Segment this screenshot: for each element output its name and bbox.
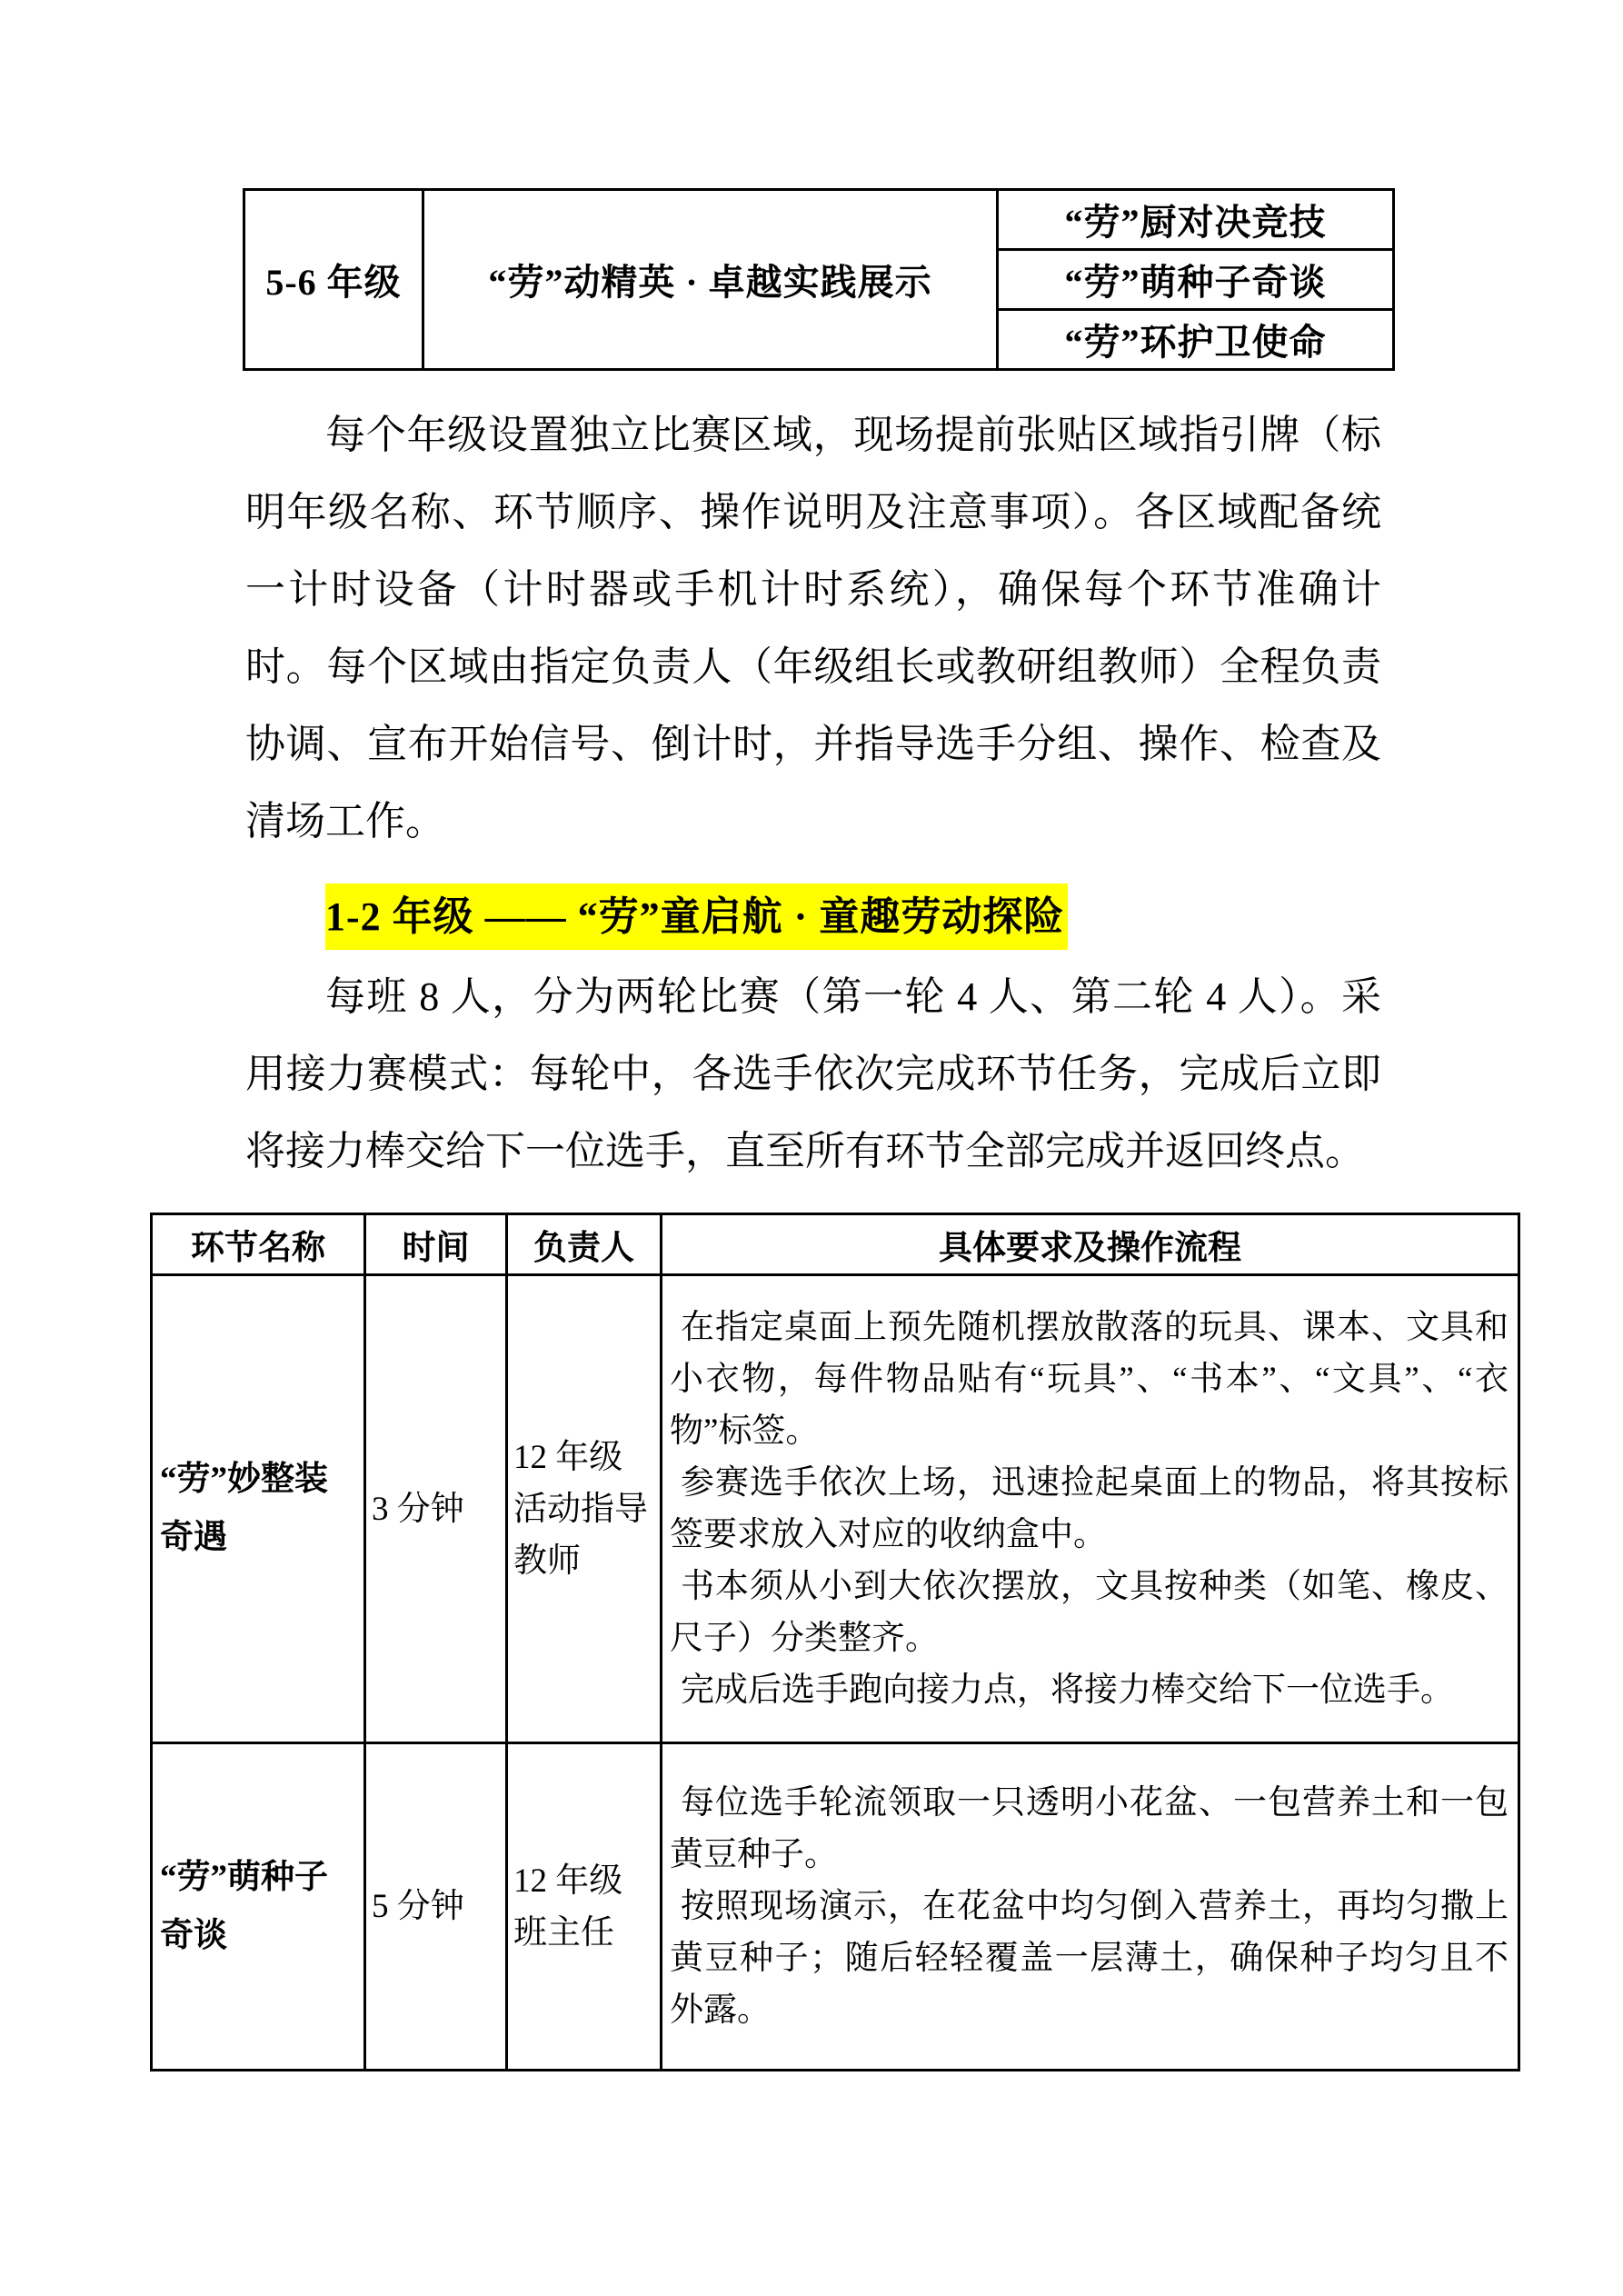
requirements-cell: 在指定桌面上预先随机摆放散落的玩具、课本、文具和小衣物，每件物品贴有“玩具”、“… bbox=[662, 1275, 1519, 1743]
time-cell: 3 分钟 bbox=[365, 1275, 507, 1743]
section-heading-grade-1-2: 1-2 年级 —— “劳”童启航 · 童趣劳动探险 bbox=[245, 876, 1381, 958]
document-page: 5-6 年级 “劳”动精英 · 卓越实践展示 “劳”厨对决竞技 “劳”萌种子奇谈… bbox=[0, 0, 1623, 2296]
theme-cell: “劳”动精英 · 卓越实践展示 bbox=[423, 190, 998, 370]
header-requirements: 具体要求及操作流程 bbox=[662, 1214, 1519, 1275]
requirements-cell: 每位选手轮流领取一只透明小花盆、一包营养土和一包黄豆种子。 按照现场演示，在花盆… bbox=[662, 1743, 1519, 2071]
grade-cell: 5-6 年级 bbox=[244, 190, 423, 370]
requirement-paragraph: 参赛选手依次上场，迅速捡起桌面上的物品，将其按标签要求放入对应的收纳盒中。 bbox=[670, 1457, 1508, 1561]
header-owner: 负责人 bbox=[507, 1214, 662, 1275]
schedule-row-seed-planting: “劳”萌种子奇谈 5 分钟 12 年级班主任 每位选手轮流领取一只透明小花盆、一… bbox=[152, 1743, 1519, 2071]
requirement-paragraph: 每位选手轮流领取一只透明小花盆、一包营养土和一包黄豆种子。 bbox=[670, 1777, 1508, 1881]
step-name-cell: “劳”萌种子奇谈 bbox=[152, 1743, 365, 2071]
requirement-paragraph: 完成后选手跑向接力点，将接力棒交给下一位选手。 bbox=[670, 1664, 1508, 1716]
schedule-table: 环节名称 时间 负责人 具体要求及操作流程 “劳”妙整装奇遇 3 分钟 12 年… bbox=[150, 1213, 1520, 2071]
paragraph-relay-rules: 每班 8 人，分为两轮比赛（第一轮 4 人、第二轮 4 人）。采用接力赛模式：每… bbox=[245, 958, 1381, 1190]
paragraph-venue-setup: 每个年级设置独立比赛区域，现场提前张贴区域指引牌（标明年级名称、环节顺序、操作说… bbox=[245, 396, 1381, 860]
event-cell-environment: “劳”环护卫使命 bbox=[998, 310, 1394, 370]
time-cell: 5 分钟 bbox=[365, 1743, 507, 2071]
owner-cell: 12 年级活动指导教师 bbox=[507, 1275, 662, 1743]
event-cell-seed: “劳”萌种子奇谈 bbox=[998, 250, 1394, 310]
grade-5-6-table: 5-6 年级 “劳”动精英 · 卓越实践展示 “劳”厨对决竞技 “劳”萌种子奇谈… bbox=[243, 188, 1395, 371]
highlighted-heading-text: 1-2 年级 —— “劳”童启航 · 童趣劳动探险 bbox=[325, 883, 1068, 950]
owner-cell: 12 年级班主任 bbox=[507, 1743, 662, 2071]
requirement-paragraph: 书本须从小到大依次摆放，文具按种类（如笔、橡皮、尺子）分类整齐。 bbox=[670, 1561, 1508, 1664]
grade-table-row-1: 5-6 年级 “劳”动精英 · 卓越实践展示 “劳”厨对决竞技 bbox=[244, 190, 1394, 250]
requirement-paragraph: 在指定桌面上预先随机摆放散落的玩具、课本、文具和小衣物，每件物品贴有“玩具”、“… bbox=[670, 1302, 1508, 1457]
body-text-block: 每个年级设置独立比赛区域，现场提前张贴区域指引牌（标明年级名称、环节顺序、操作说… bbox=[245, 396, 1381, 1190]
schedule-header-row: 环节名称 时间 负责人 具体要求及操作流程 bbox=[152, 1214, 1519, 1275]
requirement-paragraph: 按照现场演示，在花盆中均匀倒入营养土，再均匀撒上黄豆种子；随后轻轻覆盖一层薄土，… bbox=[670, 1881, 1508, 2036]
header-step-name: 环节名称 bbox=[152, 1214, 365, 1275]
event-cell-kitchen: “劳”厨对决竞技 bbox=[998, 190, 1394, 250]
header-time: 时间 bbox=[365, 1214, 507, 1275]
schedule-row-tidy-up: “劳”妙整装奇遇 3 分钟 12 年级活动指导教师 在指定桌面上预先随机摆放散落… bbox=[152, 1275, 1519, 1743]
step-name-cell: “劳”妙整装奇遇 bbox=[152, 1275, 365, 1743]
